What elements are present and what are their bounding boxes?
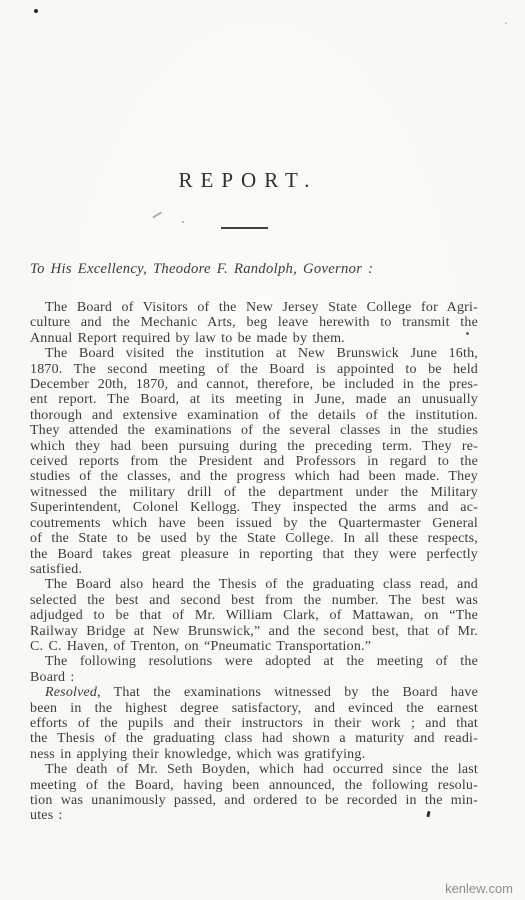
text-line: ent report. The Board, at its meeting in… bbox=[30, 392, 478, 407]
text-line: studies of the classes, and the progress… bbox=[30, 469, 478, 484]
text-line: which they had been pursuing during the … bbox=[30, 439, 478, 454]
text-line: ceived reports from the President and Pr… bbox=[30, 454, 478, 469]
text-line: satisfied. bbox=[30, 562, 478, 577]
text-line: utes : bbox=[30, 808, 478, 823]
text-line: culture and the Mechanic Arts, beg leave… bbox=[30, 315, 478, 330]
text-line: They attended the examinations of the se… bbox=[30, 423, 478, 438]
text-line: Superintendent, Colonel Kellogg. They in… bbox=[30, 500, 478, 515]
text-line: ness in applying their knowledge, which … bbox=[30, 747, 478, 762]
text-line: The following resolutions were adopted a… bbox=[30, 654, 478, 669]
scan-speck bbox=[182, 221, 184, 223]
paragraph: The Board of Visitors of the New Jersey … bbox=[30, 300, 478, 346]
watermark-text: kenlew.com bbox=[445, 881, 513, 896]
text-line: been in the highest degree satisfactory,… bbox=[30, 701, 478, 716]
text-line: Resolved, That the examinations witnesse… bbox=[30, 685, 478, 700]
text-line: coutrements which have been issued by th… bbox=[30, 516, 478, 531]
paragraph: The following resolutions were adopted a… bbox=[30, 654, 478, 685]
text-line: Railway Bridge at New Brunswick,” and th… bbox=[30, 624, 478, 639]
paragraph: The Board also heard the Thesis of the g… bbox=[30, 577, 478, 654]
text-line: Board : bbox=[30, 670, 478, 685]
text-line: The Board of Visitors of the New Jersey … bbox=[30, 300, 478, 315]
paragraph: Resolved, That the examinations witnesse… bbox=[30, 685, 478, 762]
text-line: The Board also heard the Thesis of the g… bbox=[30, 577, 478, 592]
text-line: of the State to be used by the State Col… bbox=[30, 531, 478, 546]
text-line: The death of Mr. Seth Boyden, which had … bbox=[30, 762, 478, 777]
text-line: the Board takes great pleasure in report… bbox=[30, 547, 478, 562]
title-divider bbox=[221, 227, 268, 229]
scan-speck bbox=[505, 22, 507, 24]
text-line: adjudged to be that of Mr. William Clark… bbox=[30, 608, 478, 623]
page-title: REPORT. bbox=[30, 0, 458, 193]
paragraph: The Board visited the institution at New… bbox=[30, 346, 478, 577]
paragraph: The death of Mr. Seth Boyden, which had … bbox=[30, 762, 478, 824]
scan-speck bbox=[34, 9, 38, 13]
scanned-report-page: REPORT. To His Excellency, Theodore F. R… bbox=[0, 0, 525, 900]
text-line: selected the best and second best from t… bbox=[30, 593, 478, 608]
text-line: witnessed the military drill of the depa… bbox=[30, 485, 478, 500]
report-body: The Board of Visitors of the New Jersey … bbox=[30, 300, 478, 824]
text-line: C. C. Haven, of Trenton, on “Pneumatic T… bbox=[30, 639, 478, 654]
text-line: December 20th, 1870, and cannot, therefo… bbox=[30, 377, 478, 392]
text-line: the Thesis of the graduating class had s… bbox=[30, 731, 478, 746]
salutation-line: To His Excellency, Theodore F. Randolph,… bbox=[30, 261, 478, 277]
text-line: thorough and extensive examination of th… bbox=[30, 408, 478, 423]
text-line: 1870. The second meeting of the Board is… bbox=[30, 362, 478, 377]
text-line: Annual Report required by law to be made… bbox=[30, 331, 478, 346]
text-line: efforts of the pupils and their instruct… bbox=[30, 716, 478, 731]
title-block: REPORT. bbox=[30, 0, 458, 229]
text-line: tion was unanimously passed, and ordered… bbox=[30, 793, 478, 808]
text-line: The Board visited the institution at New… bbox=[30, 346, 478, 361]
text-line: meeting of the Board, having been announ… bbox=[30, 778, 478, 793]
scan-speck bbox=[466, 332, 469, 335]
